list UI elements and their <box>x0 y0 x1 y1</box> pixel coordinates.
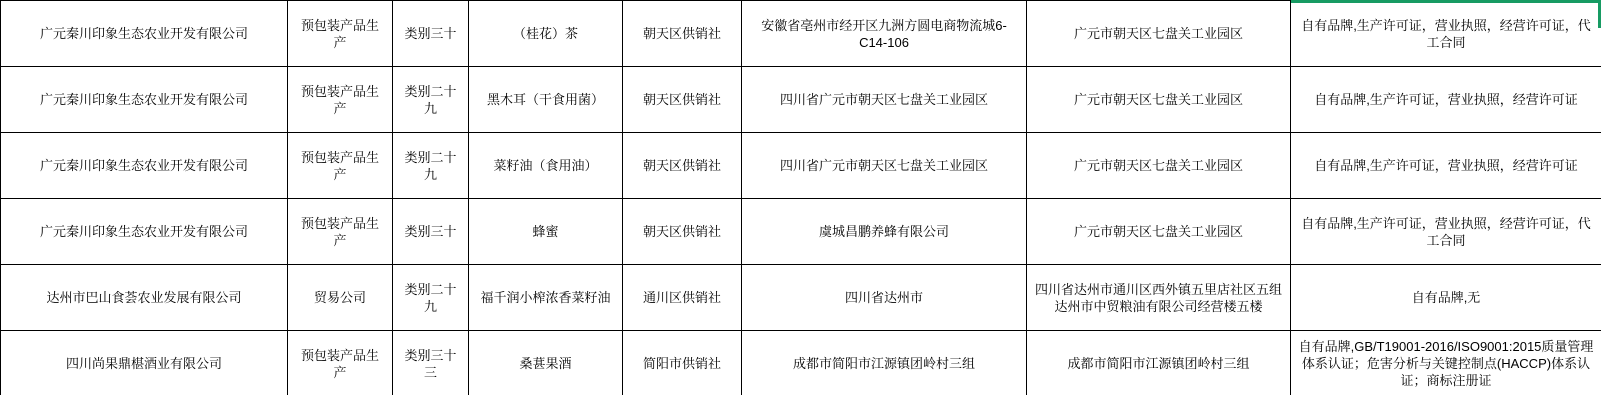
cell-address[interactable]: 安徽省亳州市经开区九洲方圆电商物流城6-C14-106 <box>742 1 1027 67</box>
cell-cooperative[interactable]: 通川区供销社 <box>623 265 742 331</box>
cell-product[interactable]: 福千润小榨浓香菜籽油 <box>469 265 623 331</box>
cell-cooperative[interactable]: 朝天区供销社 <box>623 133 742 199</box>
cell-company[interactable]: 广元秦川印象生态农业开发有限公司 <box>1 67 288 133</box>
cell-cooperative[interactable]: 朝天区供销社 <box>623 67 742 133</box>
cell-qualifications[interactable]: 自有品牌,生产许可证，营业执照，经营许可证 <box>1291 133 1601 199</box>
cell-product[interactable]: 菜籽油（食用油） <box>469 133 623 199</box>
cell-cooperative[interactable]: 简阳市供销社 <box>623 331 742 395</box>
cell-category[interactable]: 类别三十三 <box>393 331 469 395</box>
cell-category[interactable]: 类别二十九 <box>393 265 469 331</box>
table-row: 广元秦川印象生态农业开发有限公司预包装产品生产类别二十九菜籽油（食用油）朝天区供… <box>1 133 1601 199</box>
cell-company[interactable]: 四川尚果鼎椹酒业有限公司 <box>1 331 288 395</box>
cell-address[interactable]: 四川省广元市朝天区七盘关工业园区 <box>742 67 1027 133</box>
table-row: 达州市巴山食荟农业发展有限公司贸易公司类别二十九福千润小榨浓香菜籽油通川区供销社… <box>1 265 1601 331</box>
cell-business-type[interactable]: 预包装产品生产 <box>288 67 393 133</box>
cell-category[interactable]: 类别三十 <box>393 1 469 67</box>
records-table-body: 广元秦川印象生态农业开发有限公司预包装产品生产类别三十（桂花）茶朝天区供销社安徽… <box>1 1 1601 395</box>
table-row: 广元秦川印象生态农业开发有限公司预包装产品生产类别三十（桂花）茶朝天区供销社安徽… <box>1 1 1601 67</box>
cell-category[interactable]: 类别三十 <box>393 199 469 265</box>
cell-qualifications[interactable]: 自有品牌,无 <box>1291 265 1601 331</box>
cell-business-type[interactable]: 预包装产品生产 <box>288 133 393 199</box>
cell-address[interactable]: 四川省达州市 <box>742 265 1027 331</box>
cell-cooperative[interactable]: 朝天区供销社 <box>623 1 742 67</box>
table-row: 四川尚果鼎椹酒业有限公司预包装产品生产类别三十三桑葚果酒简阳市供销社成都市简阳市… <box>1 331 1601 395</box>
spreadsheet-viewport: 广元秦川印象生态农业开发有限公司预包装产品生产类别三十（桂花）茶朝天区供销社安徽… <box>0 0 1601 395</box>
cell-business-type[interactable]: 预包装产品生产 <box>288 1 393 67</box>
cell-business-type[interactable]: 贸易公司 <box>288 265 393 331</box>
cell-qualifications[interactable]: 自有品牌,生产许可证，营业执照，经营许可证，代工合同 <box>1291 199 1601 265</box>
cell-address[interactable]: 成都市简阳市江源镇团岭村三组 <box>742 331 1027 395</box>
active-cell-selection-top-border <box>1291 0 1601 3</box>
cell-address[interactable]: 虞城昌鹏养蜂有限公司 <box>742 199 1027 265</box>
cell-production-address[interactable]: 广元市朝天区七盘关工业园区 <box>1027 67 1291 133</box>
cell-product[interactable]: 黑木耳（干食用菌） <box>469 67 623 133</box>
cell-production-address[interactable]: 广元市朝天区七盘关工业园区 <box>1027 199 1291 265</box>
cell-production-address[interactable]: 成都市简阳市江源镇团岭村三组 <box>1027 331 1291 395</box>
cell-business-type[interactable]: 预包装产品生产 <box>288 199 393 265</box>
table-row: 广元秦川印象生态农业开发有限公司预包装产品生产类别二十九黑木耳（干食用菌）朝天区… <box>1 67 1601 133</box>
cell-production-address[interactable]: 四川省达州市通川区西外镇五里店社区五组达州市中贸粮油有限公司经营楼五楼 <box>1027 265 1291 331</box>
cell-company[interactable]: 广元秦川印象生态农业开发有限公司 <box>1 1 288 67</box>
cell-qualifications[interactable]: 自有品牌,GB/T19001-2016/ISO9001:2015质量管理体系认证… <box>1291 331 1601 395</box>
cell-production-address[interactable]: 广元市朝天区七盘关工业园区 <box>1027 1 1291 67</box>
cell-product[interactable]: 桑葚果酒 <box>469 331 623 395</box>
cell-category[interactable]: 类别二十九 <box>393 133 469 199</box>
cell-product[interactable]: （桂花）茶 <box>469 1 623 67</box>
cell-qualifications[interactable]: 自有品牌,生产许可证，营业执照，经营许可证，代工合同 <box>1291 1 1601 67</box>
records-table: 广元秦川印象生态农业开发有限公司预包装产品生产类别三十（桂花）茶朝天区供销社安徽… <box>0 0 1601 395</box>
cell-production-address[interactable]: 广元市朝天区七盘关工业园区 <box>1027 133 1291 199</box>
cell-address[interactable]: 四川省广元市朝天区七盘关工业园区 <box>742 133 1027 199</box>
cell-company[interactable]: 广元秦川印象生态农业开发有限公司 <box>1 133 288 199</box>
cell-category[interactable]: 类别二十九 <box>393 67 469 133</box>
cell-qualifications[interactable]: 自有品牌,生产许可证，营业执照，经营许可证 <box>1291 67 1601 133</box>
cell-company[interactable]: 广元秦川印象生态农业开发有限公司 <box>1 199 288 265</box>
cell-company[interactable]: 达州市巴山食荟农业发展有限公司 <box>1 265 288 331</box>
cell-product[interactable]: 蜂蜜 <box>469 199 623 265</box>
cell-cooperative[interactable]: 朝天区供销社 <box>623 199 742 265</box>
table-row: 广元秦川印象生态农业开发有限公司预包装产品生产类别三十蜂蜜朝天区供销社虞城昌鹏养… <box>1 199 1601 265</box>
cell-business-type[interactable]: 预包装产品生产 <box>288 331 393 395</box>
